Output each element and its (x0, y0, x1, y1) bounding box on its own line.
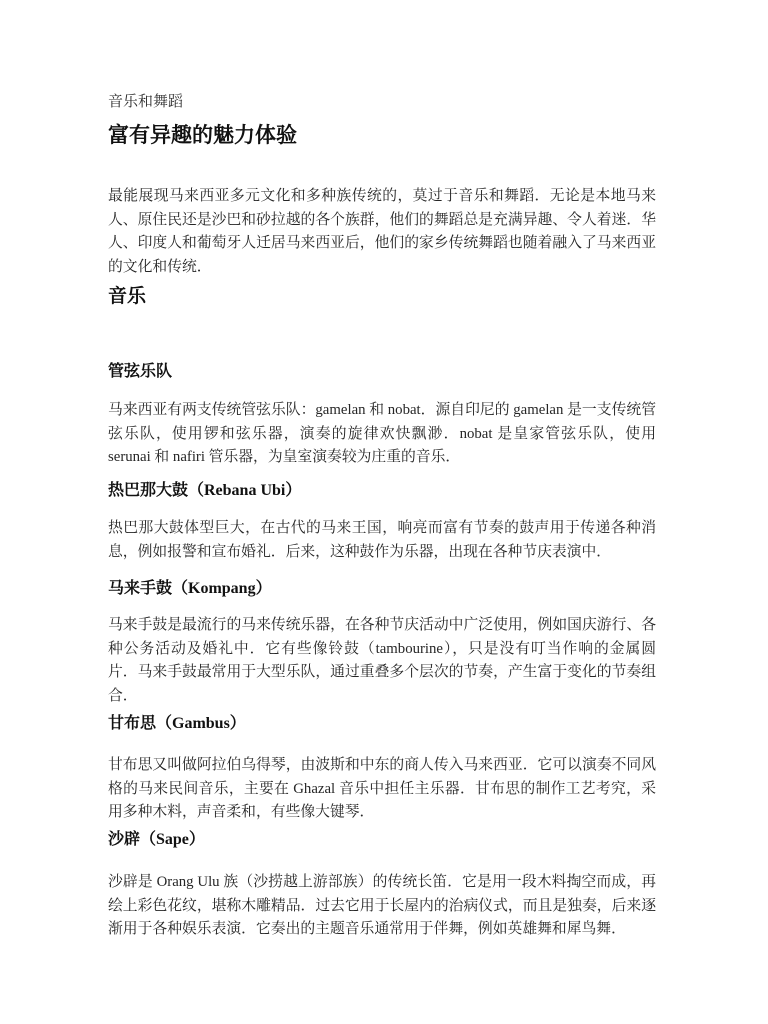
document-title: 富有异趣的魅力体验 (108, 121, 656, 149)
subsection-heading-gambus: 甘布思（Gambus） (108, 713, 656, 735)
intro-paragraph: 最能展现马来西亚多元文化和多种族传统的，莫过于音乐和舞蹈．无论是本地马来人、原住… (108, 185, 656, 280)
subsection-heading-rebana-ubi: 热巴那大鼓（Rebana Ubi） (108, 480, 656, 502)
subsection-body-gambus: 甘布思又叫做阿拉伯乌得琴，由波斯和中东的商人传入马来西亚．它可以演奏不同风格的马… (108, 754, 656, 825)
document-kicker: 音乐和舞蹈 (108, 92, 656, 112)
subsection-body-sape: 沙辟是 Orang Ulu 族（沙捞越上游部族）的传统长笛．它是用一段木料掏空而… (108, 871, 656, 942)
document-page: 音乐和舞蹈 富有异趣的魅力体验 最能展现马来西亚多元文化和多种族传统的，莫过于音… (0, 0, 768, 1024)
subsection-heading-kompang: 马来手鼓（Kompang） (108, 578, 656, 600)
subsection-body-orchestra: 马来西亚有两支传统管弦乐队：gamelan 和 nobat．源自印尼的 game… (108, 399, 656, 470)
section-heading-music: 音乐 (108, 284, 656, 310)
subsection-body-kompang: 马来手鼓是最流行的马来传统乐器，在各种节庆活动中广泛使用，例如国庆游行、各种公务… (108, 614, 656, 709)
subsection-body-rebana-ubi: 热巴那大鼓体型巨大，在古代的马来王国，响亮而富有节奏的鼓声用于传递各种消息，例如… (108, 517, 656, 564)
subsection-heading-orchestra: 管弦乐队 (108, 361, 656, 383)
subsection-heading-sape: 沙辟（Sape） (108, 829, 656, 851)
